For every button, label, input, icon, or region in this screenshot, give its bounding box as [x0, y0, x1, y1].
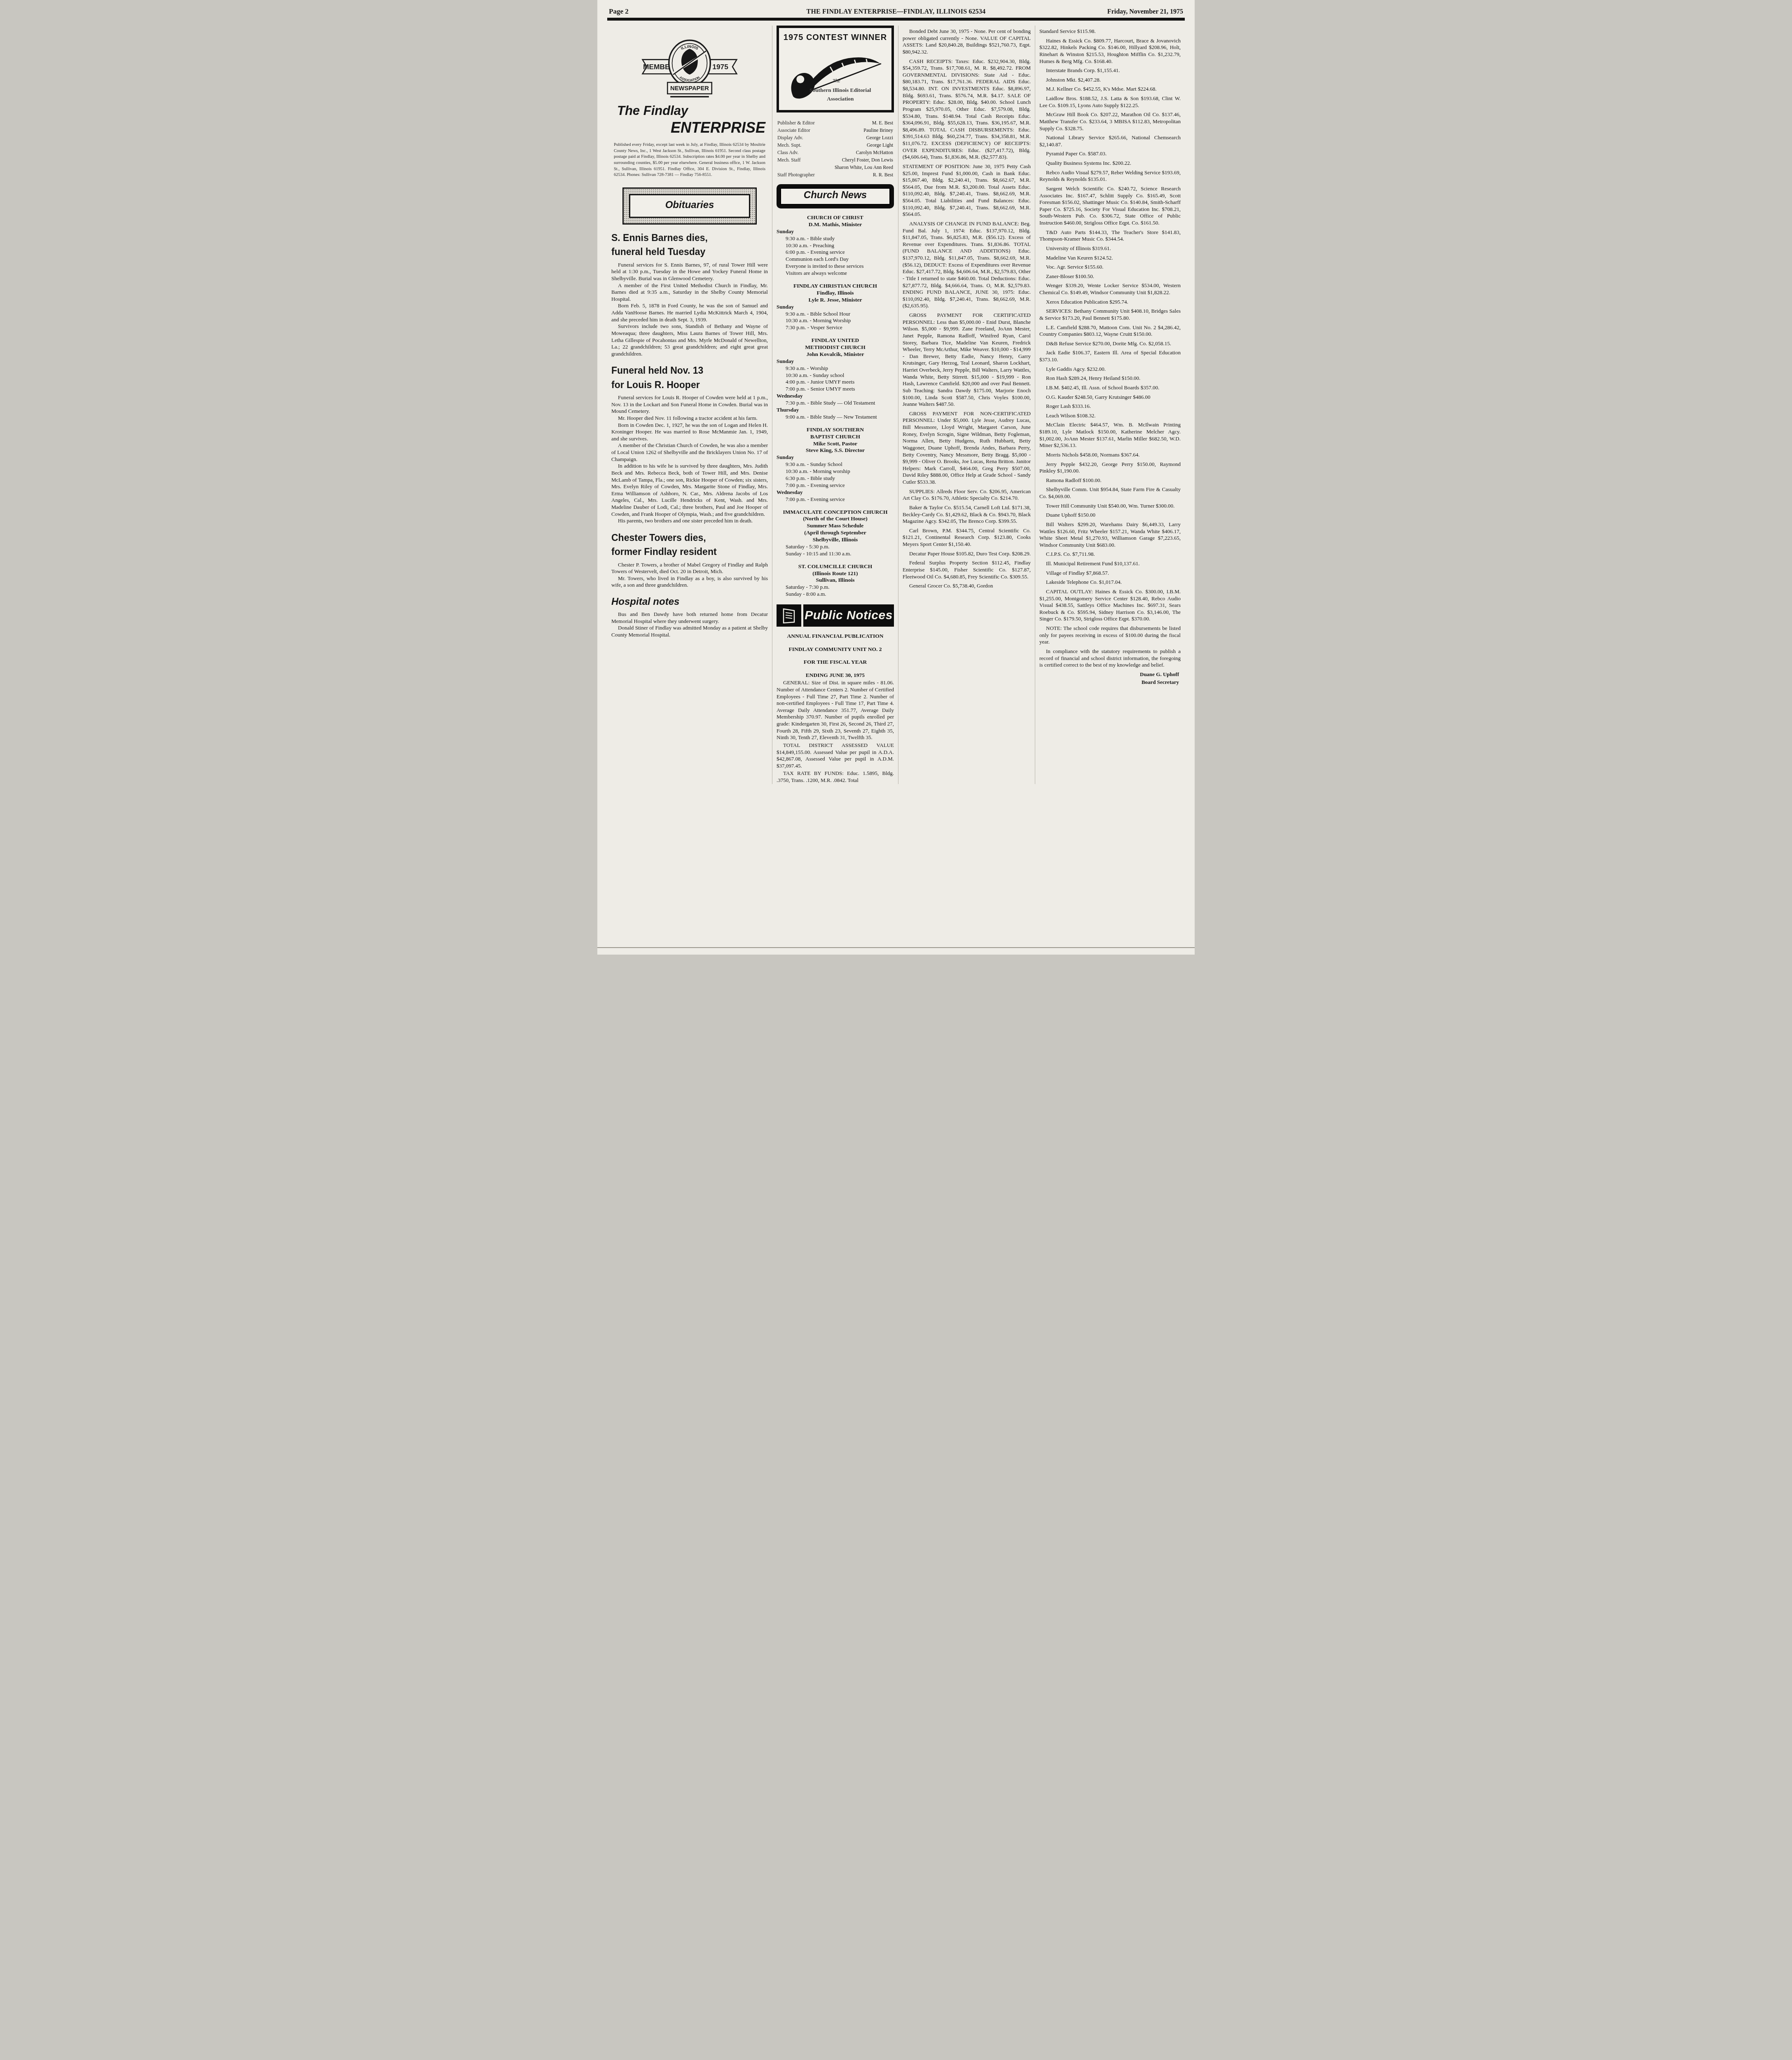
vendor-paragraph: Voc. Agr. Service $155.60. [1039, 264, 1181, 271]
vendor-paragraph: Sargent Welch Scientific Co. $240.72, Sc… [1039, 185, 1181, 227]
contest-caption-assoc: Association [827, 96, 854, 102]
schedule-line: 7:30 p.m. - Vesper Service [777, 324, 894, 331]
church-title-line: Steve King, S.S. Director [777, 447, 894, 454]
church-title-line: Summer Mass Schedule [777, 522, 894, 529]
financial-paragraph: STATEMENT OF POSITION: June 30, 1975 Pet… [903, 163, 1031, 218]
quill-illustration: The Southern Illinois Editorial Associat… [782, 45, 888, 107]
vendor-paragraph: Ramona Radloff $100.00. [1039, 477, 1181, 484]
financial-paragraph: General Grocer Co. $5,738.40, Gordon [903, 583, 1031, 590]
masthead-info: Published every Friday, except last week… [611, 142, 768, 178]
vendor-paragraph: Madeline Van Keuren $124.52. [1039, 255, 1181, 262]
vendor-paragraph: Zaner-Bloser $100.50. [1039, 273, 1181, 280]
headline-line: for Louis R. Hooper [611, 380, 768, 390]
schedule-line: Sunday [777, 454, 894, 461]
masthead-line1: The Findlay [611, 103, 768, 118]
vendor-paragraph: Leach Wilson $108.32. [1039, 412, 1181, 419]
schedule-line: Wednesday [777, 393, 894, 400]
newspaper-page: Page 2 THE FINDLAY ENTERPRISE—FINDLAY, I… [597, 0, 1195, 955]
vendor-paragraph: Laidlow Bros. $188.52, J.S. Latta & Son … [1039, 95, 1181, 109]
headline-line: Chester Towers dies, [611, 533, 768, 543]
financial-paragraph: Decatur Paper House $105.82, Duro Test C… [903, 550, 1031, 557]
vendor-paragraph: CAPITAL OUTLAY: Haines & Essick Co. $300… [1039, 588, 1181, 623]
member-badge: MEMBER 1975 ILLINOIS ASSOCIATION [611, 29, 768, 101]
article-headline: S. Ennis Barnes dies,funeral held Tuesda… [611, 233, 768, 257]
staff-row: Staff PhotographerR. R. Best [777, 171, 893, 178]
hospital-note-paragraph: Bus and Ben Dawdy have both returned hom… [611, 611, 768, 625]
financial-general-section: GENERAL: Size of Dist. in square miles -… [777, 679, 894, 784]
staff-role: Display Adv. [777, 134, 803, 141]
church-schedule: Saturday - 5:30 p.m.Sunday - 10:15 and 1… [777, 543, 894, 557]
vendor-paragraph: Haines & Essick Co. $809.77, Harcourt, B… [1039, 37, 1181, 65]
church-title-line: Findlay, Illinois [777, 290, 894, 297]
document-icon [777, 604, 801, 627]
church-schedule: Sunday9:30 a.m. - Bible study10:30 a.m. … [777, 228, 894, 277]
column-4: Standard Service $115.98.Haines & Essick… [1035, 26, 1185, 784]
church-schedule: Sunday9:30 a.m. - Bible School Hour10:30… [777, 304, 894, 332]
financial-paragraph: Bonded Debt June 30, 1975 - None. Per ce… [903, 28, 1031, 56]
schedule-line: Everyone is invited to these services [777, 263, 894, 270]
schedule-line: 7:00 p.m. - Senior UMYF meets [777, 386, 894, 393]
schedule-line: 9:30 a.m. - Worship [777, 365, 894, 372]
press-association-seal-icon: MEMBER 1975 ILLINOIS ASSOCIATION [636, 29, 743, 99]
church-title-line: D.M. Mathis, Minister [777, 221, 894, 228]
vendor-paragraph: L.E. Camfield $288.70, Mattoon Com. Unit… [1039, 324, 1181, 338]
financial-paragraph: GENERAL: Size of Dist. in square miles -… [777, 679, 894, 741]
financial-paragraph: SUPPLIES: Allreds Floor Serv. Co. $206.9… [903, 488, 1031, 502]
church-listing: CHURCH OF CHRISTD.M. Mathis, MinisterSun… [777, 214, 894, 277]
staff-name: Carolyn McHatton [856, 149, 893, 156]
issue-date: Friday, November 21, 1975 [1040, 8, 1184, 16]
church-schedule: Sunday9:30 a.m. - Sunday School10:30 a.m… [777, 454, 894, 503]
financial-paragraph: Federal Surplus Property Section $112.45… [903, 559, 1031, 580]
staff-names: M. E. Best [872, 119, 893, 126]
article-paragraph: Mr. Hooper died Nov. 11 following a trac… [611, 415, 768, 422]
vendor-paragraph: Jack Eadie $106.37, Eastern Ill. Area of… [1039, 349, 1181, 363]
signature-block: Duane G. Uphoff Board Secretary [1039, 670, 1181, 686]
article-paragraph: Funeral services for Louis R. Hooper of … [611, 394, 768, 415]
staff-name: Pauline Briney [863, 126, 893, 134]
column-2: 1975 CONTEST WINNER The Southern Illinoi… [772, 26, 898, 784]
article-paragraph: Born Feb. 5, 1878 in Ford County, he was… [611, 302, 768, 323]
schedule-line: Visitors are always welcome [777, 270, 894, 277]
church-title-line: FINDLAY SOUTHERN [777, 426, 894, 433]
article-paragraph: His parents, two brothers and one sister… [611, 517, 768, 524]
vendor-paragraph: National Library Service $265.66, Nation… [1039, 134, 1181, 148]
financial-heading-line: FOR THE FISCAL YEAR [777, 658, 894, 666]
financial-paragraph: CASH RECEIPTS: Taxes: Educ. $232,904.30,… [903, 58, 1031, 161]
staff-role: Publisher & Editor [777, 119, 815, 126]
article-paragraph: Born in Cowden Dec. 1, 1927, he was the … [611, 422, 768, 442]
contest-caption-the: The [833, 78, 840, 84]
schedule-line: 6:30 p.m. - Bible study [777, 475, 894, 482]
church-listing: FINDLAY SOUTHERNBAPTIST CHURCHMike Scott… [777, 426, 894, 503]
staff-name: R. R. Best [873, 171, 893, 178]
article-paragraph: Funeral services for S. Ennis Barnes, 97… [611, 262, 768, 282]
vendor-paragraph: C.I.P.S. Co. $7,711.98. [1039, 551, 1181, 558]
vendor-paragraph: M.J. Kellner Co. $452.55, K's Mdse. Mart… [1039, 86, 1181, 93]
schedule-line: 4:00 p.m. - Junior UMYF meets [777, 379, 894, 386]
church-schedule: Sunday9:30 a.m. - Worship10:30 a.m. - Su… [777, 358, 894, 421]
headline-line: Funeral held Nov. 13 [611, 365, 768, 376]
vendor-paragraph: Interstate Brands Corp. $1,155.41. [1039, 67, 1181, 74]
obituary-article: S. Ennis Barnes dies,funeral held Tuesda… [611, 233, 768, 357]
staff-role: Mech. Staff [777, 156, 800, 164]
schedule-line: 6:00 p.m. - Evening service [777, 249, 894, 256]
vendor-paragraph: SERVICES: Bethany Community Unit $408.10… [1039, 308, 1181, 321]
staff-role: Staff Photographer [777, 171, 815, 178]
vendor-payments-column: Standard Service $115.98.Haines & Essick… [1039, 28, 1181, 669]
church-title-line: Lyle R. Jesse, Minister [777, 297, 894, 304]
schedule-line: 10:30 a.m. - Preaching [777, 242, 894, 249]
article-paragraph: Chester P. Towers, a brother of Mabel Gr… [611, 562, 768, 575]
vendor-paragraph: Tower Hill Community Unit $540.00, Wm. T… [1039, 503, 1181, 510]
staff-row: Associate EditorPauline Briney [777, 126, 893, 134]
schedule-line: 9:00 a.m. - Bible Study — New Testament [777, 414, 894, 421]
schedule-line: 9:30 a.m. - Sunday School [777, 461, 894, 468]
staff-row: Display Adv.George Lozzi [777, 134, 893, 141]
staff-name: M. E. Best [872, 119, 893, 126]
schedule-line: Sunday [777, 228, 894, 235]
schedule-line: Sunday - 8:00 a.m. [777, 591, 894, 598]
hospital-notes-title: Hospital notes [611, 596, 768, 608]
vendor-paragraph: Johnston Mkt. $2,407.28. [1039, 77, 1181, 84]
church-title-line: Shelbyville, Illinois [777, 536, 894, 543]
vendor-paragraph: Shelbyville Comm. Unit $954.84, State Fa… [1039, 486, 1181, 500]
schedule-line: Sunday [777, 358, 894, 365]
vendor-paragraph: Quality Business Systems Inc. $200.22. [1039, 160, 1181, 167]
staff-names: George Light [867, 141, 893, 149]
vendor-paragraph: D&B Refuse Service $270.00, Dorite Mfg. … [1039, 340, 1181, 347]
article-headline: Funeral held Nov. 13for Louis R. Hooper [611, 365, 768, 390]
headline-line: S. Ennis Barnes dies, [611, 233, 768, 243]
church-listing: IMMACULATE CONCEPTION CHURCH(North of th… [777, 509, 894, 557]
financial-paragraph: TOTAL DISTRICT ASSESSED VALUE $14,849,15… [777, 742, 894, 770]
financial-paragraph: Carl Brown, P.M. $344.75, Central Scient… [903, 527, 1031, 548]
schedule-line: 9:30 a.m. - Bible study [777, 235, 894, 242]
financial-publication-heading: ANNUAL FINANCIAL PUBLICATIONFINDLAY COMM… [777, 632, 894, 679]
column-1: MEMBER 1975 ILLINOIS ASSOCIATION [607, 26, 772, 784]
headline-line: former Findlay resident [611, 547, 768, 557]
obituary-article: Funeral held Nov. 13for Louis R. HooperF… [611, 365, 768, 524]
financial-paragraph: GROSS PAYMENT FOR NON-CERTIFICATED PERSO… [903, 410, 1031, 486]
church-title-line: METHODIST CHURCH [777, 344, 894, 351]
church-title-line: (North of the Court House) [777, 515, 894, 522]
article-paragraph: A member of the Christian Church of Cowd… [611, 442, 768, 463]
public-notices-title: Public Notices [803, 604, 894, 627]
schedule-line: Thursday [777, 407, 894, 414]
article-paragraph: A member of the First United Methodist C… [611, 282, 768, 303]
masthead-line2: ENTERPRISE [611, 119, 768, 136]
church-title-line: FINDLAY CHRISTIAN CHURCH [777, 283, 894, 290]
public-notices-banner: Public Notices [777, 604, 894, 627]
obituary-article: Chester Towers dies,former Findlay resid… [611, 533, 768, 589]
schedule-line: 9:30 a.m. - Bible School Hour [777, 311, 894, 318]
schedule-line: 7:30 p.m. - Bible Study — Old Testament [777, 400, 894, 407]
staff-names: Pauline Briney [863, 126, 893, 134]
staff-name: George Lozzi [866, 134, 893, 141]
badge-year-label: 1975 [712, 63, 728, 71]
vendor-paragraph: Bill Walters $299.20, Warehams Dairy $6,… [1039, 521, 1181, 549]
financial-heading-line: ENDING JUNE 30, 1975 [777, 672, 894, 679]
contest-caption-org: Southern Illinois Editorial [809, 87, 871, 93]
hospital-note-paragraph: Donald Stiner of Findlay was admitted Mo… [611, 625, 768, 638]
church-schedule: Saturday - 7:30 p.m.Sunday - 8:00 a.m. [777, 584, 894, 598]
staff-role: Associate Editor [777, 126, 810, 134]
church-news-title: Church News [780, 188, 890, 205]
masthead: The Findlay ENTERPRISE [611, 103, 768, 136]
vendor-paragraph: Village of Findlay $7,868.57. [1039, 570, 1181, 577]
contest-winner-title: 1975 CONTEST WINNER [782, 33, 888, 42]
church-listing: ST. COLUMCILLE CHURCH(Illinois Route 121… [777, 563, 894, 598]
financial-heading-line: ANNUAL FINANCIAL PUBLICATION [777, 632, 894, 640]
staff-names: George Lozzi [866, 134, 893, 141]
article-paragraph: In addition to his wife he is survived b… [611, 463, 768, 517]
hospital-notes-body: Bus and Ben Dawdy have both returned hom… [611, 611, 768, 639]
financial-paragraph: TAX RATE BY FUNDS: Educ. 1.5895, Bldg. .… [777, 770, 894, 784]
vendor-paragraph: Lyle Gaddis Agcy. $232.00. [1039, 366, 1181, 373]
staff-row: Mech. StaffCheryl Foster, Don LewisSharo… [777, 156, 893, 171]
vendor-paragraph: Standard Service $115.98. [1039, 28, 1181, 35]
church-title-line: Sullivan, Illinois [777, 577, 894, 584]
staff-name: Sharon White, Lou Ann Reed [835, 164, 893, 171]
badge-newspaper-label: NEWSPAPER [670, 85, 709, 92]
schedule-line: 10:30 a.m. - Morning worship [777, 468, 894, 475]
headline-line: funeral held Tuesday [611, 247, 768, 257]
financial-heading-line: FINDLAY COMMUNITY UNIT NO. 2 [777, 646, 894, 653]
schedule-line: 7:00 p.m. - Evening service [777, 482, 894, 489]
vendor-paragraph: McGraw Hill Book Co. $207.22, Marathon O… [1039, 111, 1181, 132]
schedule-line: 7:00 p.m. - Evening service [777, 496, 894, 503]
vendor-paragraph: Rebco Audio Visual $279.57, Reber Weldin… [1039, 169, 1181, 183]
church-title-line: IMMACULATE CONCEPTION CHURCH [777, 509, 894, 516]
header-rule [607, 18, 1185, 21]
church-listing: FINDLAY UNITEDMETHODIST CHURCHJohn Koval… [777, 337, 894, 421]
article-paragraph: Survivors include two sons, Standish of … [611, 323, 768, 357]
vendor-paragraph: McClain Electric $464.57, Wm. B. McIlwai… [1039, 421, 1181, 449]
church-title-line: (April through September [777, 529, 894, 536]
vendor-paragraph: Morris Nichols $458.00, Normans $367.64. [1039, 452, 1181, 459]
obituaries-title: Obituaries [629, 194, 751, 218]
vendor-paragraph: Wenger $339.20, Wente Locker Service $53… [1039, 282, 1181, 296]
church-title-line: FINDLAY UNITED [777, 337, 894, 344]
church-title-line: John Kovalcik, Minister [777, 351, 894, 358]
vendor-paragraph: Lakeside Telephone Co. $1,017.04. [1039, 579, 1181, 586]
columns: MEMBER 1975 ILLINOIS ASSOCIATION [607, 26, 1185, 784]
page-number: Page 2 [609, 7, 753, 16]
church-news-banner: Church News [777, 184, 894, 208]
financial-paragraph: ANALYSIS OF CHANGE IN FUND BALANCE: Beg.… [903, 220, 1031, 309]
financial-paragraph: Baker & Taylor Co. $515.54, Carnell Loft… [903, 504, 1031, 525]
page-bottom-rule [597, 947, 1195, 948]
column-3: Bonded Debt June 30, 1975 - None. Per ce… [898, 26, 1035, 784]
signature-name: Duane G. Uphoff [1039, 670, 1179, 679]
schedule-line: Wednesday [777, 489, 894, 496]
vendor-paragraph: In compliance with the statutory require… [1039, 648, 1181, 669]
vendor-paragraph: T&D Auto Parts $144.33, The Teacher's St… [1039, 229, 1181, 243]
staff-names: Carolyn McHatton [856, 149, 893, 156]
vendor-paragraph: I.B.M. $402.45, Ill. Assn. of School Boa… [1039, 384, 1181, 391]
vendor-paragraph: Ill. Municipal Retirement Fund $10,137.6… [1039, 560, 1181, 567]
staff-role: Mech. Supt. [777, 141, 801, 149]
church-title-line: CHURCH OF CHRIST [777, 214, 894, 221]
financial-report-column: Bonded Debt June 30, 1975 - None. Per ce… [903, 28, 1031, 590]
staff-role: Class Adv. [777, 149, 798, 156]
staff-names: R. R. Best [873, 171, 893, 178]
article-headline: Chester Towers dies,former Findlay resid… [611, 533, 768, 557]
schedule-line: Saturday - 5:30 p.m. [777, 543, 894, 550]
schedule-line: Saturday - 7:30 p.m. [777, 584, 894, 591]
staff-row: Class Adv.Carolyn McHatton [777, 149, 893, 156]
vendor-paragraph: Jerry Pepple $432.20, George Perry $150.… [1039, 461, 1181, 475]
church-title-line: BAPTIST CHURCH [777, 433, 894, 440]
schedule-line: 10:30 a.m. - Morning Worship [777, 317, 894, 324]
vendor-paragraph: NOTE: The school code requires that disb… [1039, 625, 1181, 646]
vendor-paragraph: O.G. Kauder $248.50, Garry Krutsinger $4… [1039, 394, 1181, 401]
vendor-paragraph: University of Illinois $319.61. [1039, 245, 1181, 252]
vendor-paragraph: Roger Lash $333.16. [1039, 403, 1181, 410]
schedule-line: Sunday [777, 304, 894, 311]
vendor-paragraph: Pyramid Paper Co. $587.03. [1039, 150, 1181, 157]
financial-paragraph: GROSS PAYMENT FOR CERTIFICATED PERSONNEL… [903, 312, 1031, 408]
obituaries-box: Obituaries [622, 187, 757, 225]
staff-names: Cheryl Foster, Don LewisSharon White, Lo… [835, 156, 893, 171]
staff-credits: Publisher & EditorM. E. BestAssociate Ed… [777, 119, 893, 178]
page-header: Page 2 THE FINDLAY ENTERPRISE—FINDLAY, I… [607, 7, 1185, 16]
schedule-line: Sunday - 10:15 and 11:30 a.m. [777, 550, 894, 557]
staff-row: Publisher & EditorM. E. Best [777, 119, 893, 126]
article-paragraph: Mr. Towers, who lived in Findlay as a bo… [611, 575, 768, 589]
church-listings: CHURCH OF CHRISTD.M. Mathis, MinisterSun… [777, 214, 894, 598]
vendor-paragraph: Xerox Education Publication $295.74. [1039, 299, 1181, 306]
obituary-articles: S. Ennis Barnes dies,funeral held Tuesda… [611, 233, 768, 589]
church-listing: FINDLAY CHRISTIAN CHURCHFindlay, Illinoi… [777, 283, 894, 331]
church-title-line: ST. COLUMCILLE CHURCH [777, 563, 894, 570]
schedule-line: Communion each Lord's Day [777, 256, 894, 263]
staff-name: George Light [867, 141, 893, 149]
vendor-paragraph: Ron Hash $289.24, Henry Heiland $150.00. [1039, 375, 1181, 382]
staff-row: Mech. Supt.George Light [777, 141, 893, 149]
paper-title: THE FINDLAY ENTERPRISE—FINDLAY, ILLINOIS… [753, 8, 1040, 16]
schedule-line: 10:30 a.m. - Sunday school [777, 372, 894, 379]
vendor-paragraph: Duane Uphoff $150.00 [1039, 512, 1181, 519]
church-title-line: (Illinois Route 121) [777, 570, 894, 577]
staff-name: Cheryl Foster, Don Lewis [835, 156, 893, 164]
signature-title: Board Secretary [1039, 678, 1179, 686]
church-title-line: Mike Scott, Pastor [777, 440, 894, 447]
contest-winner-box: 1975 CONTEST WINNER The Southern Illinoi… [777, 26, 894, 112]
